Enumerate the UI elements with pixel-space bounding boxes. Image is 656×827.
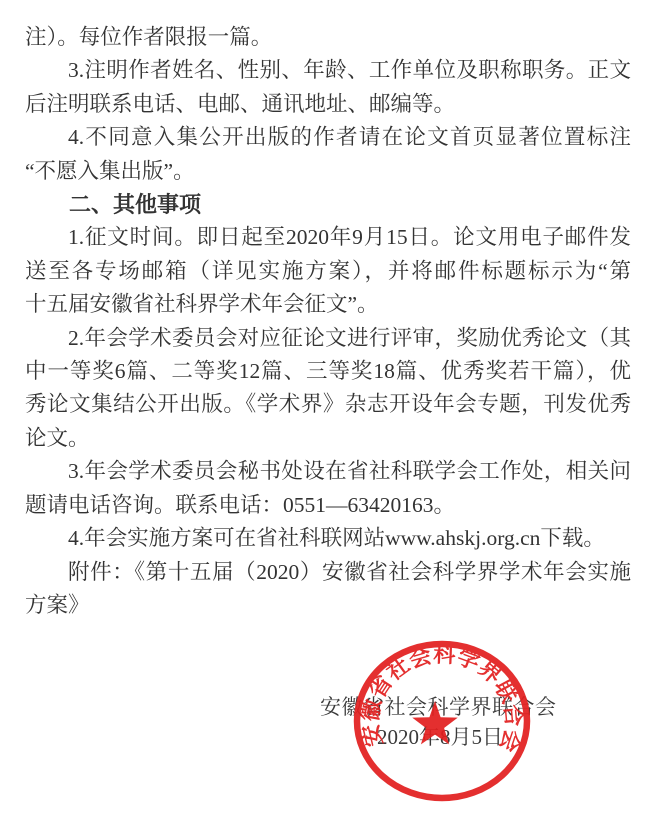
text-line: “不愿入集出版”。 <box>25 155 631 188</box>
text-line: 3.年会学术委员会秘书处设在省社科联学会工作处，相关问 <box>25 455 631 488</box>
paragraph: 3.年会学术委员会秘书处设在省社科联学会工作处，相关问题请电话咨询。联系电话：0… <box>25 455 631 522</box>
text-line: 十五届安徽省社科界学术年会征文”。 <box>25 288 631 321</box>
paragraph: 3.注明作者姓名、性别、年龄、工作单位及职称职务。正文后注明联系电话、电邮、通讯… <box>25 54 631 121</box>
text-line: 注）。每位作者限报一篇。 <box>25 21 631 54</box>
document-page: 注）。每位作者限报一篇。3.注明作者姓名、性别、年龄、工作单位及职称职务。正文后… <box>0 0 656 827</box>
paragraph: 4.不同意入集公开出版的作者请在论文首页显著位置标注“不愿入集出版”。 <box>25 121 631 188</box>
paragraph: 2.年会学术委员会对应征论文进行评审，奖励优秀论文（其中一等奖6篇、二等奖12篇… <box>25 322 631 456</box>
text-line: 中一等奖6篇、二等奖12篇、三等奖18篇、优秀奖若干篇），优 <box>25 355 631 388</box>
paragraph: 注）。每位作者限报一篇。 <box>25 21 631 54</box>
paragraph: 附件：《第十五届（2020）安徽省社会科学界学术年会实施方案》 <box>25 556 631 623</box>
text-line: 二、其他事项 <box>25 188 631 221</box>
text-line: 2.年会学术委员会对应征论文进行评审，奖励优秀论文（其 <box>25 322 631 355</box>
text-line: 送至各专场邮箱（详见实施方案），并将邮件标题标示为“第 <box>25 255 631 288</box>
star-icon <box>412 701 458 744</box>
text-line: 4.年会实施方案可在省社科联网站www.ahskj.org.cn下载。 <box>25 522 631 555</box>
paragraph: 1.征文时间。即日起至2020年9月15日。论文用电子邮件发送至各专场邮箱（详见… <box>25 221 631 321</box>
official-seal: 安徽省社会科学界联合会 <box>350 640 534 806</box>
text-line: 1.征文时间。即日起至2020年9月15日。论文用电子邮件发 <box>25 221 631 254</box>
document-body: 注）。每位作者限报一篇。3.注明作者姓名、性别、年龄、工作单位及职称职务。正文后… <box>25 21 631 622</box>
text-line: 题请电话咨询。联系电话：0551—63420163。 <box>25 489 631 522</box>
text-line: 附件：《第十五届（2020）安徽省社会科学界学术年会实施 <box>25 556 631 589</box>
text-line: 方案》 <box>25 589 631 622</box>
text-line: 4.不同意入集公开出版的作者请在论文首页显著位置标注 <box>25 121 631 154</box>
text-line: 秀论文集结公开出版。《学术界》杂志开设年会专题，刊发优秀 <box>25 388 631 421</box>
text-line: 3.注明作者姓名、性别、年龄、工作单位及职称职务。正文 <box>25 54 631 87</box>
text-line: 论文。 <box>25 422 631 455</box>
section-heading: 二、其他事项 <box>25 188 631 221</box>
paragraph: 4.年会实施方案可在省社科联网站www.ahskj.org.cn下载。 <box>25 522 631 555</box>
text-line: 后注明联系电话、电邮、通讯地址、邮编等。 <box>25 88 631 121</box>
